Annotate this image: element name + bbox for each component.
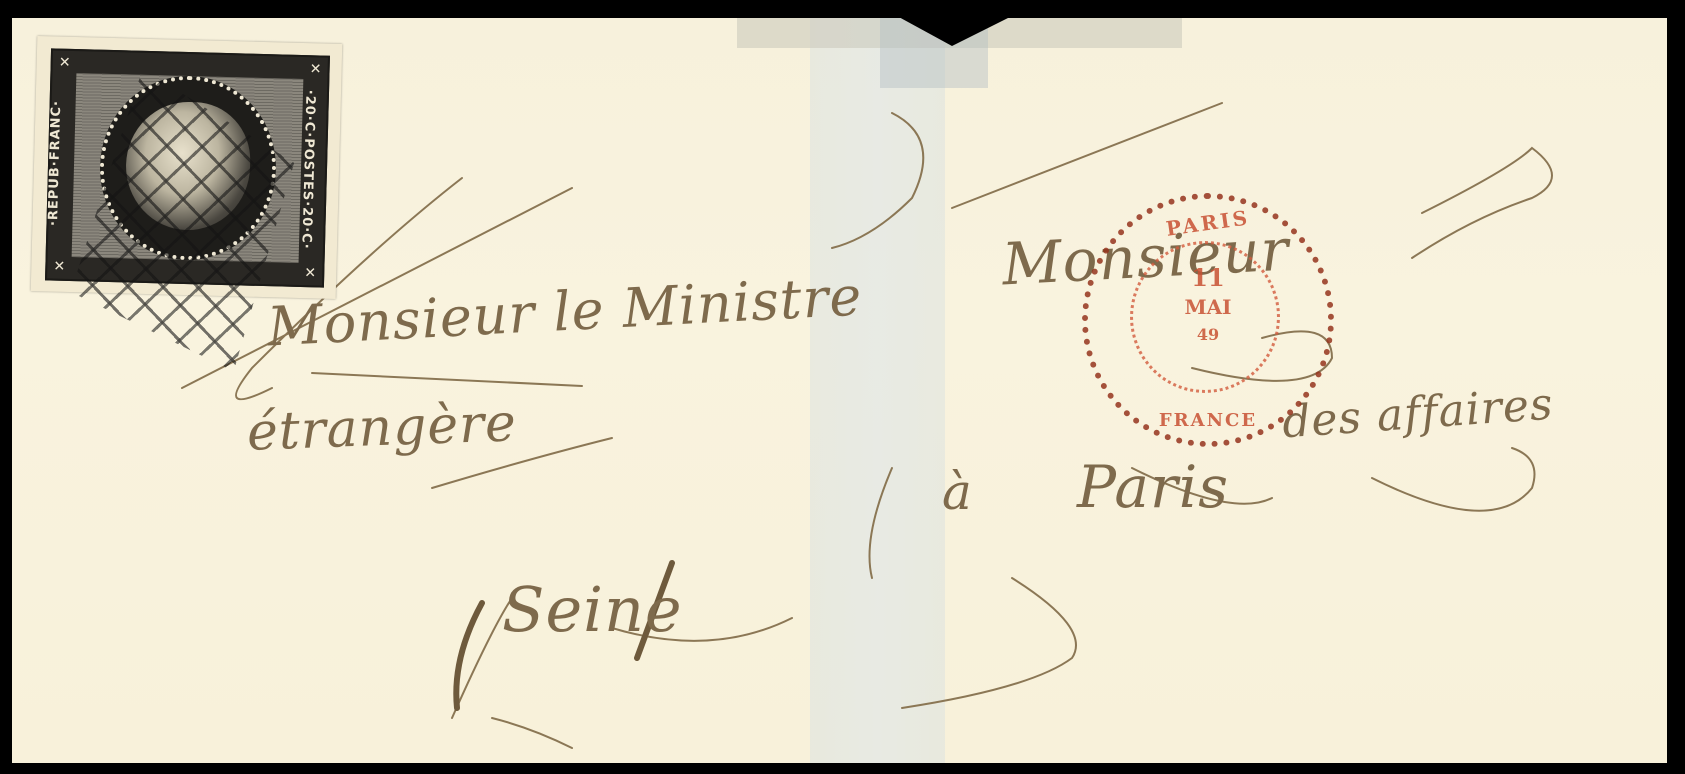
postmark-year: 49 xyxy=(1088,325,1328,344)
postmark-country: FRANCE xyxy=(1088,410,1328,431)
postage-stamp: ✕ ✕ ✕ ✕ ·REPUB·FRANC· ·20·C·POSTES·20·C· xyxy=(31,36,343,299)
stamp-corner-icon: ✕ xyxy=(49,256,70,277)
address-city: Paris xyxy=(1077,453,1229,521)
address-department: Seine xyxy=(502,573,683,646)
stamp-left-inscription: ·REPUB·FRANC· xyxy=(46,100,64,226)
stamp-corner-icon: ✕ xyxy=(300,263,321,284)
postmark-day: 11 xyxy=(1088,263,1328,292)
fold-strip xyxy=(810,18,945,763)
stamp-corner-icon: ✕ xyxy=(305,59,326,80)
address-line-2: étrangère xyxy=(246,393,518,462)
postmark: PARIS 11 MAI 49 FRANCE xyxy=(1082,193,1334,447)
stamp-corner-icon: ✕ xyxy=(54,53,75,74)
address-line-1: Monsieur le Ministre xyxy=(266,264,864,358)
postmark-month: MAI xyxy=(1088,295,1328,319)
address-prefix: à xyxy=(942,463,973,521)
postal-cover: Monsieur Monsieur le Ministre des affair… xyxy=(12,18,1667,763)
paper-tear xyxy=(897,18,1012,46)
